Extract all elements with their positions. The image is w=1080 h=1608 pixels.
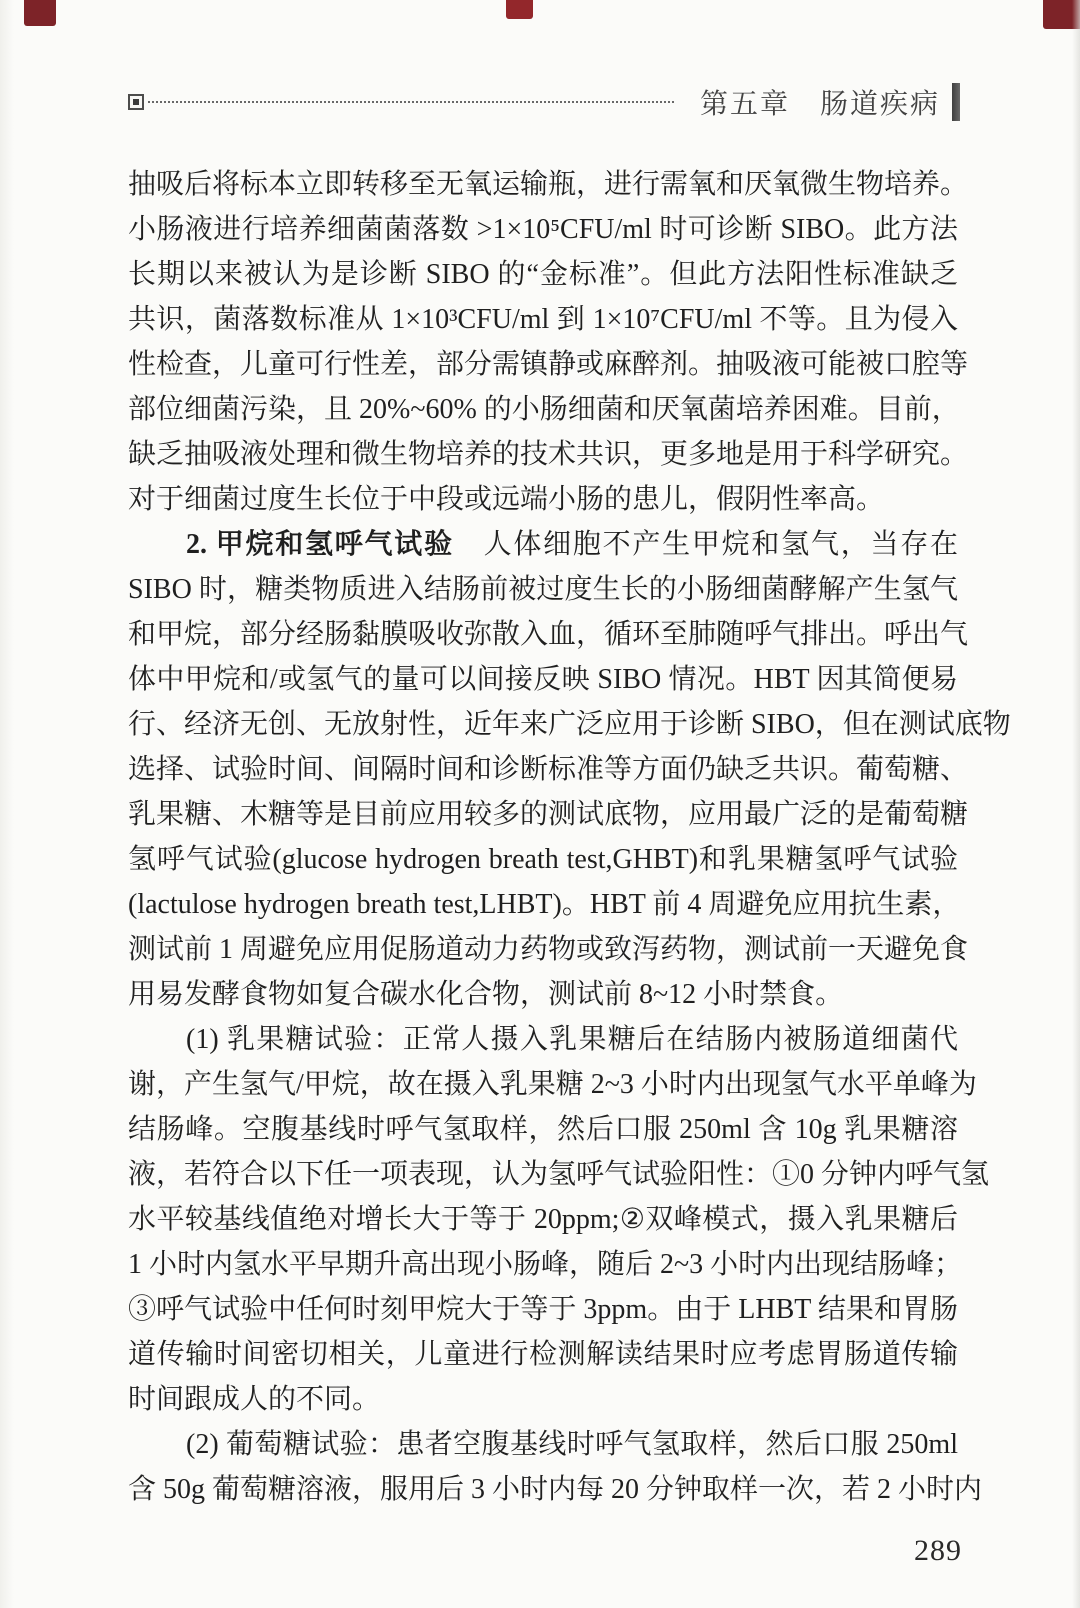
page-number: 289 <box>914 1534 962 1568</box>
text-line: 结肠峰。空腹基线时呼气氢取样，然后口服 250ml 含 10g 乳果糖溶 <box>128 1107 958 1152</box>
text-line: 道传输时间密切相关，儿童进行检测解读结果时应考虑胃肠道传输 <box>128 1332 958 1377</box>
text-line: 长期以来被认为是诊断 SIBO 的“金标准”。但此方法阳性标准缺乏 <box>128 252 958 297</box>
text-line: 1 小时内氢水平早期升高出现小肠峰，随后 2~3 小时内出现结肠峰； <box>128 1242 958 1287</box>
section-heading: 2. 甲烷和氢呼气试验 <box>186 529 454 560</box>
text-line: 氢呼气试验(glucose hydrogen breath test,GHBT)… <box>128 837 958 882</box>
scan-artifact-mark <box>506 0 533 19</box>
header-square-icon <box>128 94 144 110</box>
text-line: 行、经济无创、无放射性，近年来广泛应用于诊断 SIBO，但在测试底物 <box>128 702 958 747</box>
text-line: 抽吸后将标本立即转移至无氧运输瓶，进行需氧和厌氧微生物培养。 <box>128 162 958 207</box>
text-line: 对于细菌过度生长位于中段或远端小肠的患儿，假阴性率高。 <box>128 477 958 522</box>
text-line: 谢，产生氢气/甲烷，故在摄入乳果糖 2~3 小时内出现氢气水平单峰为 <box>128 1062 958 1107</box>
text-line: 时间跟成人的不同。 <box>128 1377 958 1422</box>
text-line: ③呼气试验中任何时刻甲烷大于等于 3ppm。由于 LHBT 结果和胃肠 <box>128 1287 958 1332</box>
text-line: 选择、试验时间、间隔时间和诊断标准等方面仍缺乏共识。葡萄糖、 <box>128 747 958 792</box>
text-line: 含 50g 葡萄糖溶液，服用后 3 小时内每 20 分钟取样一次，若 2 小时内 <box>128 1467 958 1512</box>
text-line: (1) 乳果糖试验：正常人摄入乳果糖后在结肠内被肠道细菌代 <box>128 1017 958 1062</box>
page-edge-shade <box>1072 0 1080 1608</box>
book-page: { "header": { "chapter_title": "第五章 肠道疾病… <box>0 0 1080 1608</box>
page-edge-shade <box>0 0 14 1608</box>
text-line: 用易发酵食物如复合碳水化合物，测试前 8~12 小时禁食。 <box>128 972 958 1017</box>
text-line: 液，若符合以下任一项表现，认为氢呼气试验阳性：①0 分钟内呼气氢 <box>128 1152 958 1197</box>
text-segment: 人体细胞不产生甲烷和氢气，当存在 <box>454 529 958 560</box>
page-header: 第五章 肠道疾病 <box>128 82 960 122</box>
dotted-leader <box>148 101 674 103</box>
text-line: 共识，菌落数标准从 1×10³CFU/ml 到 1×10⁷CFU/ml 不等。且… <box>128 297 958 342</box>
text-line: 2. 甲烷和氢呼气试验 人体细胞不产生甲烷和氢气，当存在 <box>128 522 958 567</box>
text-line: 和甲烷，部分经肠黏膜吸收弥散入血，循环至肺随呼气排出。呼出气 <box>128 612 958 657</box>
text-line: 测试前 1 周避免应用促肠道动力药物或致泻药物，测试前一天避免食 <box>128 927 958 972</box>
text-line: 部位细菌污染，且 20%~60% 的小肠细菌和厌氧菌培养困难。目前， <box>128 387 958 432</box>
text-line: 体中甲烷和/或氢气的量可以间接反映 SIBO 情况。HBT 因其简便易 <box>128 657 958 702</box>
text-line: 缺乏抽吸液处理和微生物培养的技术共识，更多地是用于科学研究。 <box>128 432 958 477</box>
text-line: (2) 葡萄糖试验：患者空腹基线时呼气氢取样，然后口服 250ml <box>128 1422 958 1467</box>
text-line: 水平较基线值绝对增长大于等于 20ppm;②双峰模式，摄入乳果糖后 <box>128 1197 958 1242</box>
text-line: 小肠液进行培养细菌菌落数 >1×10⁵CFU/ml 时可诊断 SIBO。此方法 <box>128 207 958 252</box>
body-text: 抽吸后将标本立即转移至无氧运输瓶，进行需氧和厌氧微生物培养。 小肠液进行培养细菌… <box>128 162 958 1512</box>
text-line: 乳果糖、木糖等是目前应用较多的测试底物，应用最广泛的是葡萄糖 <box>128 792 958 837</box>
scan-artifact-mark <box>24 0 56 26</box>
chapter-title: 第五章 肠道疾病 <box>700 82 940 122</box>
text-line: (lactulose hydrogen breath test,LHBT)。HB… <box>128 882 958 927</box>
text-line: SIBO 时，糖类物质进入结肠前被过度生长的小肠细菌酵解产生氢气 <box>128 567 958 612</box>
header-bar-icon <box>952 83 960 121</box>
text-line: 性检查，儿童可行性差，部分需镇静或麻醉剂。抽吸液可能被口腔等 <box>128 342 958 387</box>
